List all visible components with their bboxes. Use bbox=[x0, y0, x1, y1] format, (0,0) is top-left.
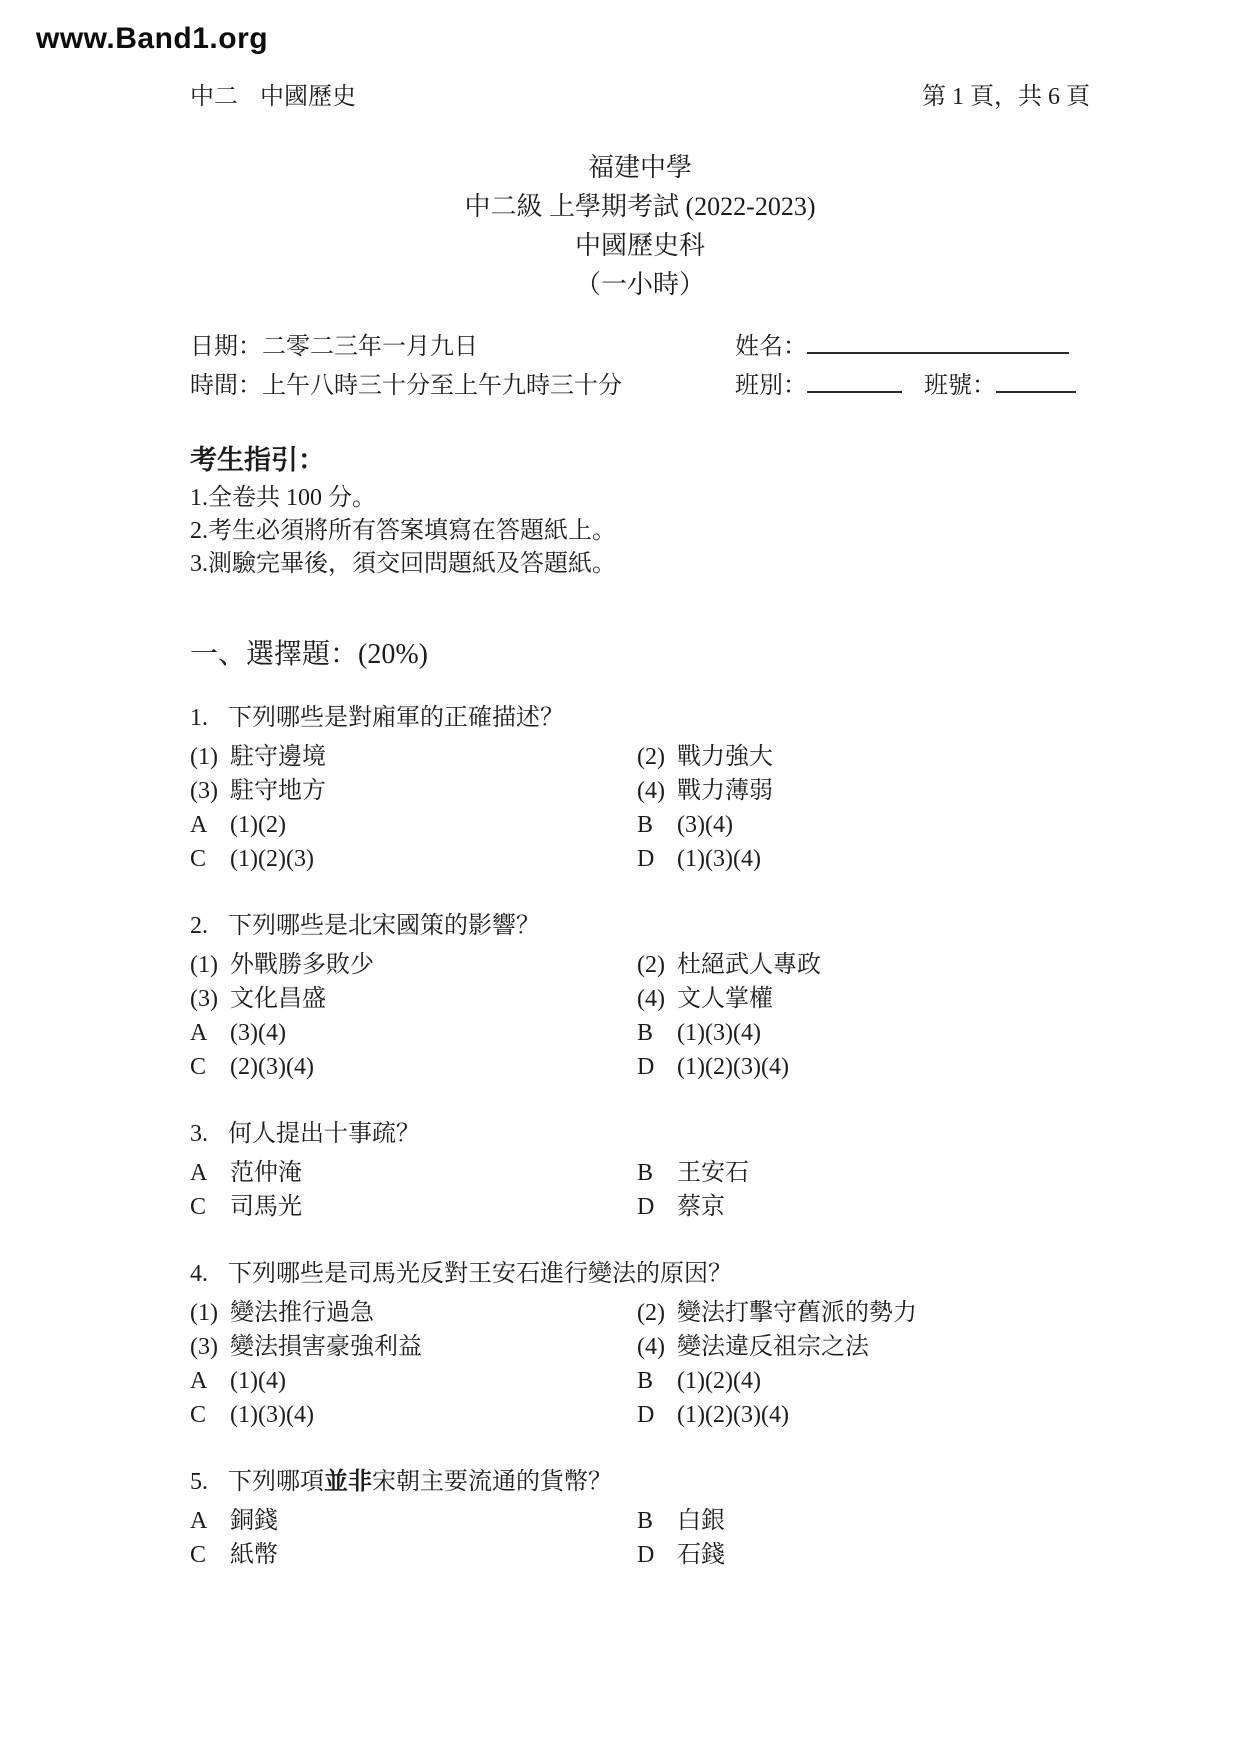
option-text: (1)(2)(4) bbox=[677, 1364, 761, 1398]
exam-title: 中二級 上學期考試 (2022-2023) bbox=[190, 187, 1090, 226]
option-label: (4) bbox=[637, 774, 677, 808]
watermark-url: www.Band1.org bbox=[36, 22, 268, 56]
name-field: 姓名： bbox=[735, 328, 1069, 367]
instructions-heading: 考生指引： bbox=[190, 440, 1090, 480]
option-row: C(1)(2)(3) D(1)(3)(4) bbox=[190, 842, 1090, 876]
section-heading: 一、選擇題：(20%) bbox=[190, 636, 428, 674]
option-text: 駐守邊境 bbox=[230, 740, 326, 774]
option-row: (1)外戰勝多敗少 (2)杜絕武人專政 bbox=[190, 948, 1090, 982]
option-text: (1)(3)(4) bbox=[677, 842, 761, 876]
subject-title: 中國歷史科 bbox=[190, 226, 1090, 265]
option-label: (3) bbox=[190, 1330, 230, 1364]
questions-list: 1. 下列哪些是對廂軍的正確描述？ (1)駐守邊境 (2)戰力強大 (3)駐守地… bbox=[190, 700, 1090, 1572]
option-row: C紙幣 D石錢 bbox=[190, 1538, 1090, 1572]
option-row: A范仲淹 B王安石 bbox=[190, 1156, 1090, 1190]
exam-paper-page: www.Band1.org 中二 中國歷史 第 1 頁，共 6 頁 福建中學 中… bbox=[0, 0, 1240, 1754]
option-label: (1) bbox=[190, 948, 230, 982]
course-name-label: 中國歷史 bbox=[260, 82, 356, 112]
option-label: (1) bbox=[190, 740, 230, 774]
exam-info-block: 日期：二零二三年一月九日 姓名： 時間：上午八時三十分至上午九時三十分 班別：班… bbox=[190, 328, 1090, 406]
option-row: A(3)(4) B(1)(3)(4) bbox=[190, 1016, 1090, 1050]
option-label: D bbox=[637, 1190, 677, 1224]
option-text: (2)(3)(4) bbox=[230, 1050, 314, 1084]
date-label: 日期：二零二三年一月九日 bbox=[190, 334, 478, 360]
option-text: 蔡京 bbox=[677, 1190, 725, 1224]
question-text: 下列哪些是對廂軍的正確描述？ bbox=[228, 700, 564, 736]
option-label: C bbox=[190, 1538, 230, 1572]
info-row-date-name: 日期：二零二三年一月九日 姓名： bbox=[190, 328, 1090, 367]
option-text: (1)(3)(4) bbox=[230, 1398, 314, 1432]
option-label: (3) bbox=[190, 774, 230, 808]
option-text: 文人掌權 bbox=[677, 982, 773, 1016]
title-block: 福建中學 中二級 上學期考試 (2022-2023) 中國歷史科 （一小時） bbox=[190, 148, 1090, 304]
option-row: (1)變法推行過急 (2)變法打擊守舊派的勢力 bbox=[190, 1296, 1090, 1330]
option-label: (2) bbox=[637, 1296, 677, 1330]
option-text: 杜絕武人專政 bbox=[677, 948, 821, 982]
name-label: 姓名： bbox=[735, 334, 807, 360]
option-label: A bbox=[190, 1016, 230, 1050]
question-number: 5. bbox=[190, 1464, 228, 1500]
option-label: A bbox=[190, 808, 230, 842]
question: 2. 下列哪些是北宋國策的影響？ (1)外戰勝多敗少 (2)杜絕武人專政 (3)… bbox=[190, 908, 1090, 1084]
option-label: C bbox=[190, 1190, 230, 1224]
question-number: 4. bbox=[190, 1256, 228, 1292]
course-header: 中二 中國歷史 bbox=[190, 82, 356, 112]
option-label: (4) bbox=[637, 982, 677, 1016]
option-label: (4) bbox=[637, 1330, 677, 1364]
class-label: 班別： bbox=[735, 373, 807, 399]
option-label: C bbox=[190, 842, 230, 876]
option-text: (3)(4) bbox=[677, 808, 733, 842]
option-text: (1)(2)(3)(4) bbox=[677, 1398, 789, 1432]
option-row: A(1)(2) B(3)(4) bbox=[190, 808, 1090, 842]
question-text: 下列哪些是司馬光反對王安石進行變法的原因？ bbox=[228, 1256, 732, 1292]
option-text: 司馬光 bbox=[230, 1190, 302, 1224]
option-label: A bbox=[190, 1156, 230, 1190]
option-text: (1)(2) bbox=[230, 808, 286, 842]
option-label: B bbox=[637, 1364, 677, 1398]
question: 1. 下列哪些是對廂軍的正確描述？ (1)駐守邊境 (2)戰力強大 (3)駐守地… bbox=[190, 700, 1090, 876]
question-text: 下列哪項並非宋朝主要流通的貨幣？ bbox=[228, 1464, 612, 1500]
class-fields: 班別：班號： bbox=[735, 367, 1076, 406]
option-label: (2) bbox=[637, 740, 677, 774]
duration-label: （一小時） bbox=[190, 265, 1090, 304]
info-row-time-class: 時間：上午八時三十分至上午九時三十分 班別：班號： bbox=[190, 367, 1090, 406]
option-label: (1) bbox=[190, 1296, 230, 1330]
option-row: (1)駐守邊境 (2)戰力強大 bbox=[190, 740, 1090, 774]
page-number-label: 第 1 頁，共 6 頁 bbox=[922, 82, 1090, 112]
instructions-block: 考生指引： 1.全卷共 100 分。 2.考生必須將所有答案填寫在答題紙上。 3… bbox=[190, 440, 1090, 581]
option-text: 變法損害豪強利益 bbox=[230, 1330, 422, 1364]
option-row: A(1)(4) B(1)(2)(4) bbox=[190, 1364, 1090, 1398]
option-text: 王安石 bbox=[677, 1156, 749, 1190]
option-row: C(2)(3)(4) D(1)(2)(3)(4) bbox=[190, 1050, 1090, 1084]
option-row: (3)文化昌盛 (4)文人掌權 bbox=[190, 982, 1090, 1016]
instruction-item: 3.測驗完畢後，須交回問題紙及答題紙。 bbox=[190, 548, 1090, 581]
option-text: 外戰勝多敗少 bbox=[230, 948, 374, 982]
option-label: C bbox=[190, 1398, 230, 1432]
class-number-fill-line bbox=[996, 371, 1076, 393]
option-text: 銅錢 bbox=[230, 1504, 278, 1538]
option-text: (1)(2)(3)(4) bbox=[677, 1050, 789, 1084]
option-text: 駐守地方 bbox=[230, 774, 326, 808]
question-number: 2. bbox=[190, 908, 228, 944]
option-text: 戰力強大 bbox=[677, 740, 773, 774]
option-row: C(1)(3)(4) D(1)(2)(3)(4) bbox=[190, 1398, 1090, 1432]
course-level-label: 中二 bbox=[190, 82, 238, 112]
instruction-item: 1.全卷共 100 分。 bbox=[190, 482, 1090, 515]
question-text: 下列哪些是北宋國策的影響？ bbox=[228, 908, 540, 944]
question-number: 3. bbox=[190, 1116, 228, 1152]
class-number-label: 班號： bbox=[924, 373, 996, 399]
option-label: C bbox=[190, 1050, 230, 1084]
option-text: 范仲淹 bbox=[230, 1156, 302, 1190]
class-fill-line bbox=[807, 371, 902, 393]
option-text: 白銀 bbox=[677, 1504, 725, 1538]
option-row: (3)變法損害豪強利益 (4)變法違反祖宗之法 bbox=[190, 1330, 1090, 1364]
option-label: A bbox=[190, 1364, 230, 1398]
option-label: D bbox=[637, 1538, 677, 1572]
option-text: (3)(4) bbox=[230, 1016, 286, 1050]
option-text: 紙幣 bbox=[230, 1538, 278, 1572]
option-label: D bbox=[637, 1398, 677, 1432]
option-row: (3)駐守地方 (4)戰力薄弱 bbox=[190, 774, 1090, 808]
option-label: B bbox=[637, 1156, 677, 1190]
question: 5. 下列哪項並非宋朝主要流通的貨幣？ A銅錢 B白銀 C紙幣 D石錢 bbox=[190, 1464, 1090, 1572]
option-text: 戰力薄弱 bbox=[677, 774, 773, 808]
option-label: B bbox=[637, 808, 677, 842]
option-text: (1)(3)(4) bbox=[677, 1016, 761, 1050]
question-text: 何人提出十事疏？ bbox=[228, 1116, 420, 1152]
option-text: 文化昌盛 bbox=[230, 982, 326, 1016]
option-text: 變法打擊守舊派的勢力 bbox=[677, 1296, 917, 1330]
option-row: C司馬光 D蔡京 bbox=[190, 1190, 1090, 1224]
option-text: (1)(4) bbox=[230, 1364, 286, 1398]
instruction-item: 2.考生必須將所有答案填寫在答題紙上。 bbox=[190, 515, 1090, 548]
question: 3. 何人提出十事疏？ A范仲淹 B王安石 C司馬光 D蔡京 bbox=[190, 1116, 1090, 1224]
option-label: D bbox=[637, 842, 677, 876]
option-label: B bbox=[637, 1504, 677, 1538]
option-text: 變法推行過急 bbox=[230, 1296, 374, 1330]
question-number: 1. bbox=[190, 700, 228, 736]
option-text: (1)(2)(3) bbox=[230, 842, 314, 876]
option-row: A銅錢 B白銀 bbox=[190, 1504, 1090, 1538]
option-label: A bbox=[190, 1504, 230, 1538]
time-label: 時間：上午八時三十分至上午九時三十分 bbox=[190, 373, 622, 399]
option-label: D bbox=[637, 1050, 677, 1084]
question: 4. 下列哪些是司馬光反對王安石進行變法的原因？ (1)變法推行過急 (2)變法… bbox=[190, 1256, 1090, 1432]
name-fill-line bbox=[807, 332, 1069, 354]
option-label: (2) bbox=[637, 948, 677, 982]
option-label: (3) bbox=[190, 982, 230, 1016]
school-name: 福建中學 bbox=[190, 148, 1090, 187]
option-text: 變法違反祖宗之法 bbox=[677, 1330, 869, 1364]
option-text: 石錢 bbox=[677, 1538, 725, 1572]
page-header: 中二 中國歷史 第 1 頁，共 6 頁 bbox=[190, 82, 1090, 112]
option-label: B bbox=[637, 1016, 677, 1050]
